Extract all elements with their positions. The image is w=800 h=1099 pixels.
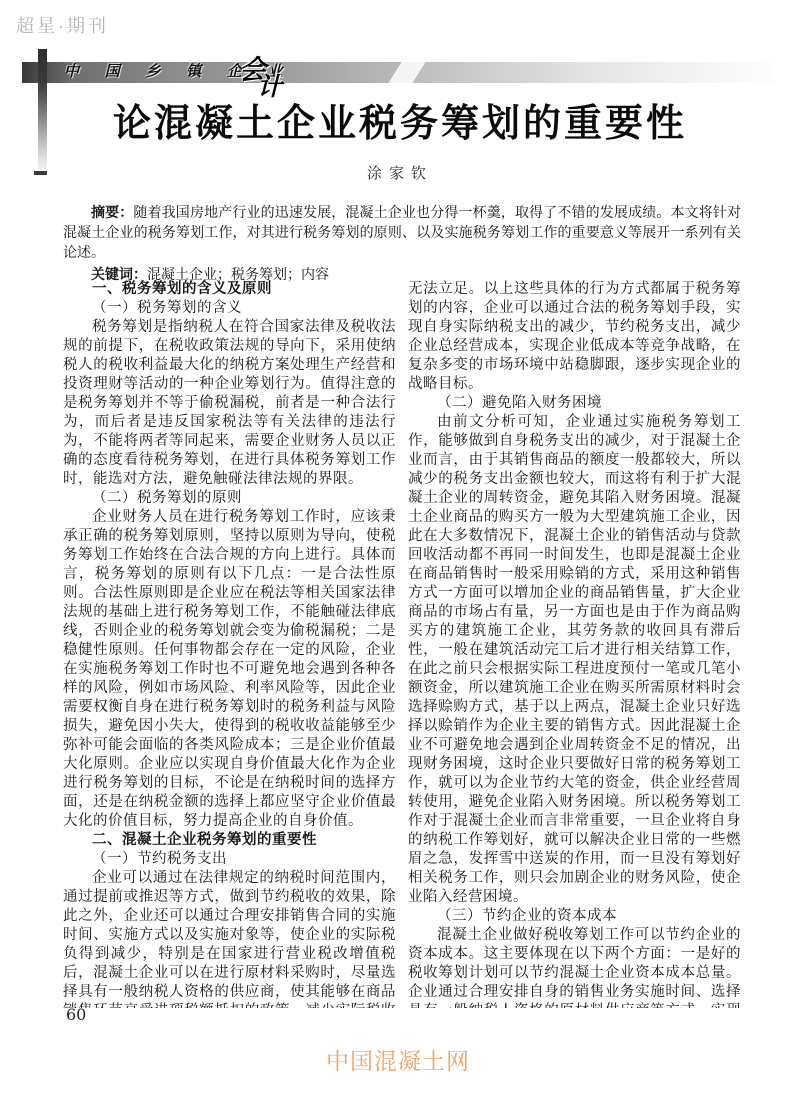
journal-header-banner: 中 国 乡 镇 企 业 — [22, 62, 774, 83]
page-number: 60 — [66, 1005, 86, 1024]
subsection-heading: （一）节约税务支出 — [63, 850, 396, 869]
subsection-heading: （二）税务筹划的原则 — [63, 489, 396, 508]
banner-slash-decoration — [388, 61, 426, 84]
body-paragraph: 无法立足。以上这些具体的行为方式都属于税务筹划的内容，企业可以通过合法的税务筹划… — [408, 280, 741, 394]
body-paragraph: 企业财务人员在进行税务筹划工作时，应该秉承正确的税务筹划原则，坚持以原则为导向，… — [63, 508, 396, 831]
right-column: 无法立足。以上这些具体的行为方式都属于税务筹划的内容，企业可以通过合法的税务筹划… — [408, 280, 741, 1008]
abstract-text: 随着我国房地产行业的迅速发展，混凝土企业也分得一杯羹，取得了不错的发展成绩。本文… — [63, 206, 741, 261]
footer-brand: 中国混凝土网 — [326, 1043, 470, 1076]
abstract-block: 摘要：随着我国房地产行业的迅速发展，混凝土企业也分得一杯羹，取得了不错的发展成绩… — [63, 204, 741, 286]
body-paragraph: 税务筹划是指纳税人在符合国家法律及税收法规的前提下，在税收政策法规的导向下，采用… — [63, 318, 396, 489]
abstract-paragraph: 摘要：随着我国房地产行业的迅速发展，混凝土企业也分得一杯羹，取得了不错的发展成绩… — [63, 204, 741, 264]
section-heading: 一、税务筹划的含义及原则 — [63, 280, 396, 299]
journal-page: 超星·期刊 中 国 乡 镇 企 业 会 计 论混凝土企业税务筹划的重要性 涂家钦… — [0, 0, 800, 1099]
article-body: 一、税务筹划的含义及原则（一）税务筹划的含义税务筹划是指纳税人在符合国家法律及税… — [63, 280, 741, 1008]
abstract-label: 摘要： — [91, 206, 133, 221]
subsection-heading: （三）节约企业的资本成本 — [408, 907, 741, 926]
body-paragraph: 由前文分析可知，企业通过实施税务筹划工作，能够做到自身税务支出的减少，对于混凝土… — [408, 413, 741, 907]
section-heading: 二、混凝土企业税务筹划的重要性 — [63, 831, 396, 850]
body-paragraph: 混凝土企业做好税收筹划工作可以节约企业的资本成本。这主要体现在以下两个方面：一是… — [408, 926, 741, 1008]
article-author: 涂家钦 — [0, 162, 800, 183]
platform-brand: 超星·期刊 — [16, 12, 109, 38]
subsection-heading: （一）税务筹划的含义 — [63, 299, 396, 318]
article-title: 论混凝土企业税务筹划的重要性 — [0, 92, 800, 147]
body-paragraph: 企业可以通过在法律规定的纳税时间范围内，通过提前或推迟等方式，做到节约税收的效果… — [63, 869, 396, 1008]
left-column: 一、税务筹划的含义及原则（一）税务筹划的含义税务筹划是指纳税人在符合国家法律及税… — [63, 280, 396, 1008]
subsection-heading: （二）避免陷入财务困境 — [408, 394, 741, 413]
